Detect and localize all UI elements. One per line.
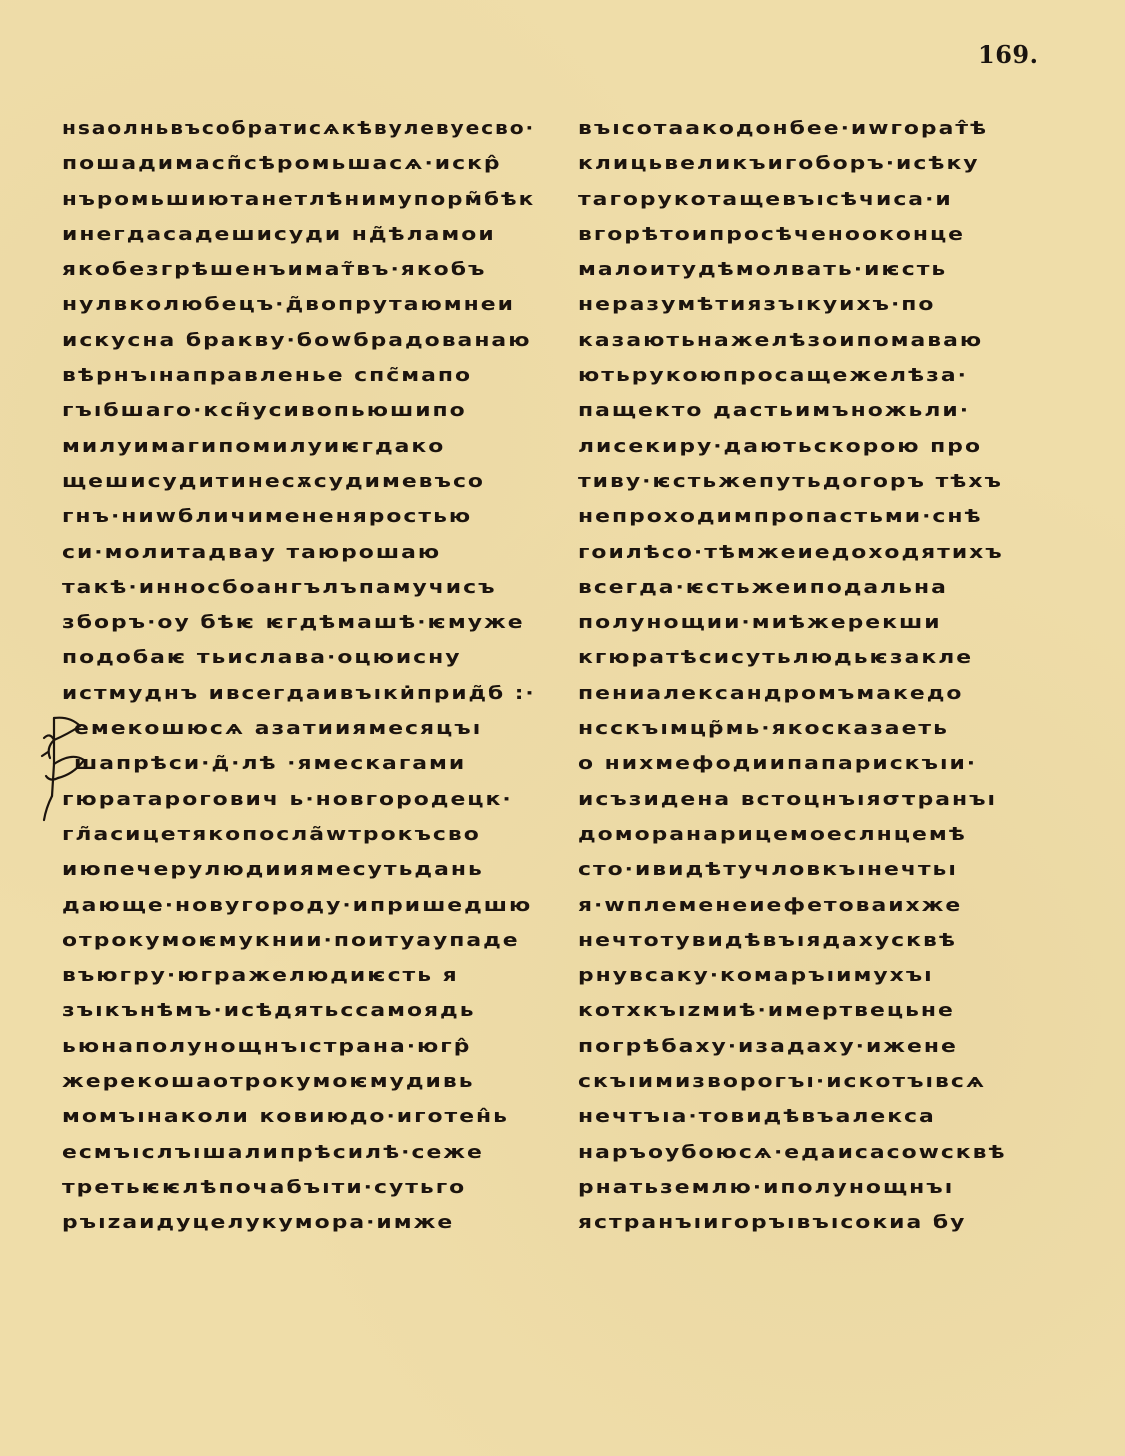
text-line: ьюнаполунощнъıстрана·югр̂ [62,1030,550,1065]
text-line: нечтотувидѣвъıядахусквѣ [578,924,1048,959]
text-line: гоилѣсо·тѣмжеиедоходятихъ [578,536,1048,571]
text-line: третьѥѥлѣпочабъıти·сутьго [62,1171,550,1206]
text-line: гъıбшаго·ксн̃усивопьюшипо [62,394,550,429]
text-line: гл̃асицетякопосла̃wтрокъсво [62,818,550,853]
text-line: рнатьземлю·иполунощнъı [578,1171,1048,1206]
text-line: зъıкънѣмъ·исѣдятьссамоядь [62,994,550,1029]
text-line: доморанарицемоеслнцемѣ [578,818,1048,853]
text-line: си·молитадвау таюрошаю [62,536,550,571]
text-line: пошадимасп̃сѣромьшасѧ·искр̂ [62,147,550,182]
text-line: нъромьшиютанетлѣнимупорм̃бѣк [62,183,550,218]
text-line: подобаѥ тьислава·оцюисну [62,641,550,676]
text-line: всегда·ѥстьжеиподальна [578,571,1048,606]
text-line: вгорѣтоипросѣченооконце [578,218,1048,253]
text-line: малоитудѣмолвать·иѥсть [578,253,1048,288]
text-line: зборъ·оу бѣѥ ѥгдѣмашѣ·ѥмуже [62,606,550,641]
text-line: искусна бракву·боwбрадованаю [62,324,550,359]
text-line: милуимагипомилуиѥгдако [62,430,550,465]
text-line: рнувсаку·комаръıимухъı [578,959,1048,994]
text-line: тиву·ѥстьжепутьдогоръ тѣхъ [578,465,1048,500]
text-line: истмуднъ ивсегдаивъıки̇прид̃б :· [62,677,550,712]
text-line: щешисудитинесѫсудимевъсо [62,465,550,500]
text-line: вѣрнъıнаправленье спс̃мапо [62,359,550,394]
text-line: непроходимпропастьми·снѣ [578,500,1048,535]
text-line: скъıимизворогъı·искотъıвсѧ [578,1065,1048,1100]
text-line: тагорукотащевъıсѣчиса·и [578,183,1048,218]
text-line: такѣ·инносбоангълъпамучисъ [62,571,550,606]
text-line: ютьрукоюпросащежелѣза· [578,359,1048,394]
text-line: июпечерулюдииямесутьдань [62,853,550,888]
text-line: котхкъızмиѣ·имертвецьне [578,994,1048,1029]
text-line: якобезгрѣшенъимат̃въ·якобъ [62,253,550,288]
text-line: дающе·новугороду·ипришедшю [62,889,550,924]
text-line: казаютьнажелѣзоипомаваю [578,324,1048,359]
text-line: есмъıслъıшалипрѣсилѣ·сеже [62,1136,550,1171]
text-line: исъзидена встоцнъıяστранъı [578,783,1048,818]
text-line: гнъ·ниwбличимененяростью [62,500,550,535]
text-line: гюратарогович ь·новгородецк· [62,783,550,818]
text-line: нечтъıа·товидѣвъалекса [578,1100,1048,1135]
text-line: клицьвеликъигоборъ·исѣку [578,147,1048,182]
text-line: я·wплеменеиефетоваихже [578,889,1048,924]
text-line: нулвколюбецъ·д̃вопрутаюмнеи [62,288,550,323]
text-line: отрокумоѥмукнии·поитуаупаде [62,924,550,959]
text-line: сто·ивидѣтучловкъıнечтьı [578,853,1048,888]
text-line-initial: емекошюсѧ азатииямесяцъı [62,712,550,747]
text-line: момъıнаколи ковиюдо·иготен̂ь [62,1100,550,1135]
text-line: ръızаидуцелукумора·имже [62,1206,550,1241]
left-text-column: нѕаолньвъсобратисѧкѣвулевуесво· пошадима… [62,112,550,1242]
text-line: пениалександромъмакедо [578,677,1048,712]
right-text-column: въıсотаакодонбее·иwгорат̂ѣ клицьвеликъиг… [578,112,1048,1242]
text-line: о нихмефодиипапарискъıи· [578,747,1048,782]
text-line: нсскъıмцр̃мь·якосказаеть [578,712,1048,747]
text-line: въюгру·югражелюдиѥсть я [62,959,550,994]
text-line: погрѣбаху·изадаху·ижене [578,1030,1048,1065]
text-line: ястранъıигоръıвъıсокиа бу [578,1206,1048,1241]
text-line-initial: шапрѣси·д̃·лѣ ·ямескагами [62,747,550,782]
text-line: полунощии·миѣжерекши [578,606,1048,641]
page-number: 169. [978,40,1038,69]
text-line: лисекиру·даютьскорою про [578,430,1048,465]
text-line: инегдасадешисуди нд̃ѣламои [62,218,550,253]
text-line: неразумѣтиязъıкуихъ·по [578,288,1048,323]
text-line: пащекто дастьимъножьли· [578,394,1048,429]
text-line: нѕаолньвъсобратисѧкѣвулевуесво· [62,112,550,147]
text-line: наръоубоюсѧ·едаисасоwсквѣ [578,1136,1048,1171]
text-line: кгюратѣсисутьлюдьѥзакле [578,641,1048,676]
text-line: въıсотаакодонбее·иwгорат̂ѣ [578,112,1048,147]
text-line: жерекошаотрокумоѥмудивь [62,1065,550,1100]
